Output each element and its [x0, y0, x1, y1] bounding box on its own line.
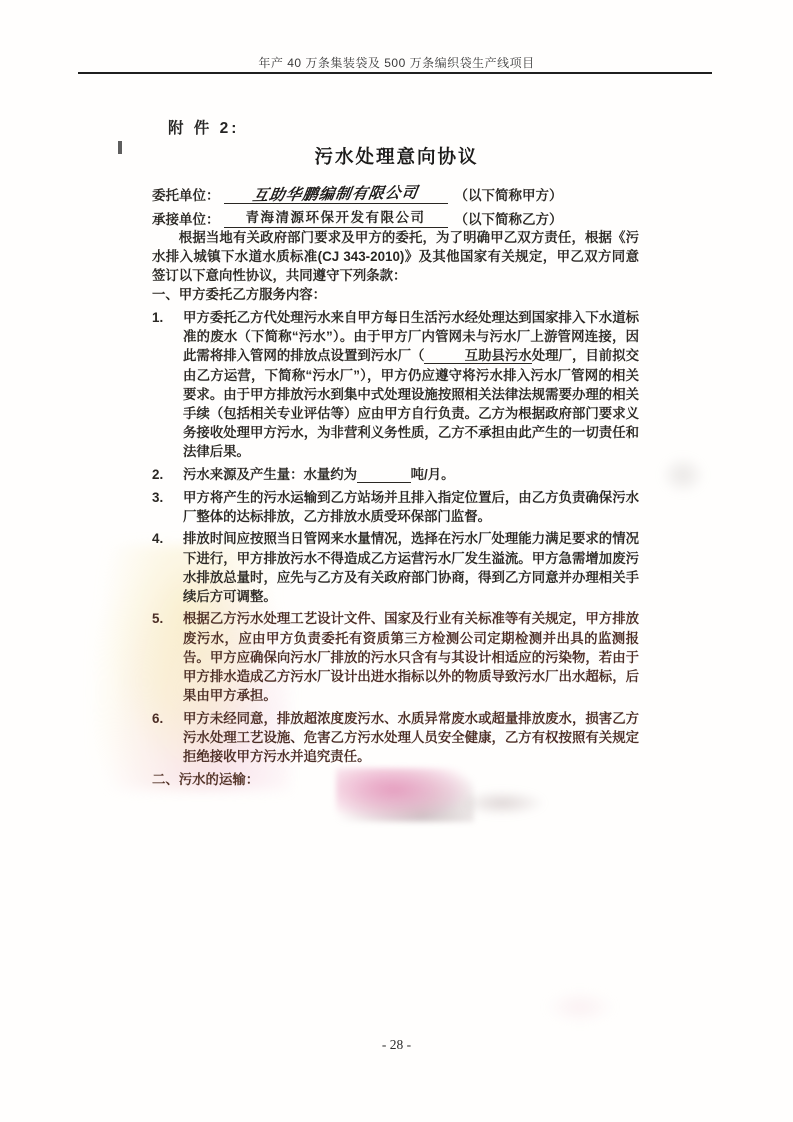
item-number: 2. [152, 465, 183, 484]
party-name-field-contractor: 青海清源环保开发有限公司 [224, 206, 448, 228]
fill-in-blank: 互助县污水 [424, 348, 531, 364]
party-label-client: 委托单位： [152, 184, 220, 204]
document-title: 污水处理意向协议 [0, 143, 793, 169]
agreement-item-5: 5.根据乙方污水处理工艺设计文件、国家及行业有关标准等有关规定，甲方排放废污水，… [152, 609, 639, 705]
item-text: 污水来源及产生量：水量约为 吨/月。 [183, 465, 639, 484]
running-header-project-title: 年产 40 万条集装袋及 500 万条编织袋生产线项目 [0, 54, 793, 71]
party-section: 委托单位： 互助华鹏编制有限公司 （以下简称甲方） 承接单位： 青海清源环保开发… [152, 181, 652, 229]
header-rule [78, 72, 712, 74]
party-label-contractor: 承接单位： [152, 208, 220, 228]
item-text: 排放时间应按照当日管网来水量情况，选择在污水厂处理能力满足要求的情况下进行，甲方… [183, 529, 639, 606]
text-segment: 吨/月。 [411, 467, 455, 482]
agreement-item-3: 3.甲方将产生的污水运输到乙方站场并且排入指定位置后，由乙方负责确保污水厂整体的… [152, 488, 639, 526]
party-suffix-contractor: （以下简称乙方） [455, 208, 563, 228]
text-segment: 根据乙方污水处理工艺设计文件、国家及行业有关标准等有关规定，甲方排放废污水，应由… [183, 611, 639, 703]
item-number: 3. [152, 488, 183, 526]
agreement-body: 根据当地有关政府部门要求及甲方的委托，为了明确甲乙双方责任，根据《污水排入城镇下… [152, 228, 639, 789]
text-segment: 甲方未经同意，排放超浓度废污水、水质异常废水或超量排放废水，损害乙方污水处理工艺… [183, 711, 639, 764]
item-text: 甲方将产生的污水运输到乙方站场并且排入指定位置后，由乙方负责确保污水厂整体的达标… [183, 488, 639, 526]
fill-in-blank [357, 467, 411, 483]
item-text: 根据乙方污水处理工艺设计文件、国家及行业有关标准等有关规定，甲方排放废污水，应由… [183, 609, 639, 705]
item-number: 6. [152, 709, 183, 766]
item-text: 甲方未经同意，排放超浓度废污水、水质异常废水或超量排放废水，损害乙方污水处理工艺… [183, 709, 639, 766]
party-name-field-client: 互助华鹏编制有限公司 [224, 181, 448, 204]
section-2-heading: 二、污水的运输： [152, 770, 639, 789]
agreement-item-6: 6.甲方未经同意，排放超浓度废污水、水质异常废水或超量排放废水，损害乙方污水处理… [152, 709, 639, 766]
item-number: 1. [152, 308, 183, 461]
text-segment: 污水来源及产生量：水量约为 [183, 467, 357, 482]
agreement-item-4: 4.排放时间应按照当日管网来水量情况，选择在污水厂处理能力满足要求的情况下进行，… [152, 529, 639, 606]
agreement-item-1: 1.甲方委托乙方代处理污水来自甲方每日生活污水经处理达到国家排入下水道标准的废水… [152, 308, 639, 461]
scan-smudge-right [660, 455, 706, 495]
watermark-blob-bottom-shadow [466, 790, 546, 816]
text-segment: 甲方将产生的污水运输到乙方站场并且排入指定位置后，由乙方负责确保污水厂整体的达标… [183, 490, 639, 524]
party-suffix-client: （以下简称甲方） [455, 184, 563, 204]
handwritten-company-name: 互助华鹏编制有限公司 [251, 181, 420, 206]
agreement-item-2: 2.污水来源及产生量：水量约为 吨/月。 [152, 465, 639, 484]
party-row-contractor: 承接单位： 青海清源环保开发有限公司 （以下简称乙方） [152, 205, 652, 228]
party-row-client: 委托单位： 互助华鹏编制有限公司 （以下简称甲方） [152, 181, 652, 204]
intro-paragraph: 根据当地有关政府部门要求及甲方的委托，为了明确甲乙双方责任，根据《污水排入城镇下… [152, 228, 639, 285]
printed-company-name: 青海清源环保开发有限公司 [246, 206, 426, 226]
item-number: 4. [152, 529, 183, 606]
scanned-document-page: 年产 40 万条集装袋及 500 万条编织袋生产线项目 附 件 2: 污水处理意… [0, 0, 793, 1122]
item-text: 甲方委托乙方代处理污水来自甲方每日生活污水经处理达到国家排入下水道标准的废水（下… [183, 308, 639, 461]
text-segment: 处理厂，目前拟交由乙方运营，下简称“污水厂”），甲方仍应遵守将污水排入污水厂管网… [183, 348, 639, 459]
page-number: - 28 - [0, 1037, 793, 1053]
agreement-items-list: 1.甲方委托乙方代处理污水来自甲方每日生活污水经处理达到国家排入下水道标准的废水… [152, 308, 639, 766]
scan-smudge-bottom-right [545, 990, 615, 1024]
section-1-heading: 一、甲方委托乙方服务内容： [152, 285, 639, 304]
attachment-label: 附 件 2: [168, 116, 239, 138]
text-segment: 排放时间应按照当日管网来水量情况，选择在污水厂处理能力满足要求的情况下进行，甲方… [183, 531, 639, 603]
item-number: 5. [152, 609, 183, 705]
